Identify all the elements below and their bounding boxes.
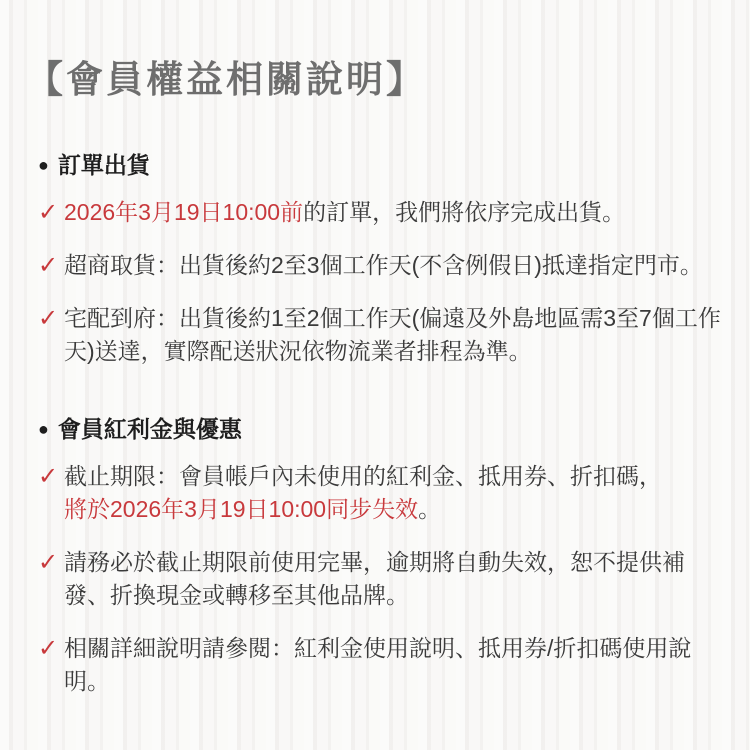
bullet-dot-icon: ● xyxy=(38,414,49,444)
checkmark-icon: ✓ xyxy=(38,632,64,665)
item-text-segment: 請務必於截止期限前使用完畢，逾期將自動失效，恕不提供補發、折換現金或轉移至其他品… xyxy=(64,549,685,608)
section-heading-order-shipping: ● 訂單出貨 xyxy=(38,150,730,180)
item-text-segment: 截止期限：會員帳戶內未使用的紅利金、抵用券、折扣碼， xyxy=(64,463,662,489)
section-member-rewards: ● 會員紅利金與優惠 ✓ 截止期限：會員帳戶內未使用的紅利金、抵用券、折扣碼，將… xyxy=(38,414,730,698)
item-text-segment: 相關詳細說明請參閱：紅利金使用說明、抵用券/折扣碼使用說明。 xyxy=(64,635,691,694)
checkmark-icon: ✓ xyxy=(38,249,64,282)
list-item-related-docs: ✓ 相關詳細說明請參閱：紅利金使用說明、抵用券/折扣碼使用說明。 xyxy=(38,632,730,698)
list-item-text: 超商取貨：出貨後約2至3個工作天(不含例假日)抵達指定門市。 xyxy=(64,249,703,282)
list-item-text: 宅配到府：出貨後約1至2個工作天(偏遠及外島地區需3至7個工作天)送達，實際配送… xyxy=(64,302,730,368)
item-text-segment: 的訂單，我們將依序完成出貨。 xyxy=(303,199,625,225)
item-text-segment: 。 xyxy=(418,496,441,522)
section-heading-label: 會員紅利金與優惠 xyxy=(58,414,242,444)
section-heading-label: 訂單出貨 xyxy=(58,150,150,180)
list-item-home-delivery: ✓ 宅配到府：出貨後約1至2個工作天(偏遠及外島地區需3至7個工作天)送達，實際… xyxy=(38,302,730,368)
list-item-shipping-deadline: ✓ 2026年3月19日10:00前的訂單，我們將依序完成出貨。 xyxy=(38,196,730,229)
item-text-segment: 超商取貨：出貨後約2至3個工作天(不含例假日)抵達指定門市。 xyxy=(64,252,703,278)
expiry-date-highlight: 將於2026年3月19日10:00同步失效 xyxy=(64,496,418,522)
checkmark-icon: ✓ xyxy=(38,460,64,493)
checkmark-icon: ✓ xyxy=(38,196,64,229)
list-item-text: 請務必於截止期限前使用完畢，逾期將自動失效，恕不提供補發、折換現金或轉移至其他品… xyxy=(64,546,730,612)
deadline-date-highlight: 2026年3月19日10:00前 xyxy=(64,199,303,225)
list-item-use-before-deadline: ✓ 請務必於截止期限前使用完畢，逾期將自動失效，恕不提供補發、折換現金或轉移至其… xyxy=(38,546,730,612)
section-heading-member-rewards: ● 會員紅利金與優惠 xyxy=(38,414,730,444)
bullet-dot-icon: ● xyxy=(38,150,49,180)
list-item-rewards-deadline: ✓ 截止期限：會員帳戶內未使用的紅利金、抵用券、折扣碼，將於2026年3月19日… xyxy=(38,460,730,526)
list-item-text: 相關詳細說明請參閱：紅利金使用說明、抵用券/折扣碼使用說明。 xyxy=(64,632,730,698)
list-item-text: 截止期限：會員帳戶內未使用的紅利金、抵用券、折扣碼，將於2026年3月19日10… xyxy=(64,460,662,526)
section-order-shipping: ● 訂單出貨 ✓ 2026年3月19日10:00前的訂單，我們將依序完成出貨。 … xyxy=(38,150,730,368)
checkmark-icon: ✓ xyxy=(38,302,64,335)
page-title: 【會員權益相關說明】 xyxy=(26,56,730,104)
list-item-text: 2026年3月19日10:00前的訂單，我們將依序完成出貨。 xyxy=(64,196,625,229)
list-item-store-pickup: ✓ 超商取貨：出貨後約2至3個工作天(不含例假日)抵達指定門市。 xyxy=(38,249,730,282)
item-text-segment: 宅配到府：出貨後約1至2個工作天(偏遠及外島地區需3至7個工作天)送達，實際配送… xyxy=(64,305,721,364)
membership-notice-page: 【會員權益相關說明】 ● 訂單出貨 ✓ 2026年3月19日10:00前的訂單，… xyxy=(0,0,750,750)
checkmark-icon: ✓ xyxy=(38,546,64,579)
